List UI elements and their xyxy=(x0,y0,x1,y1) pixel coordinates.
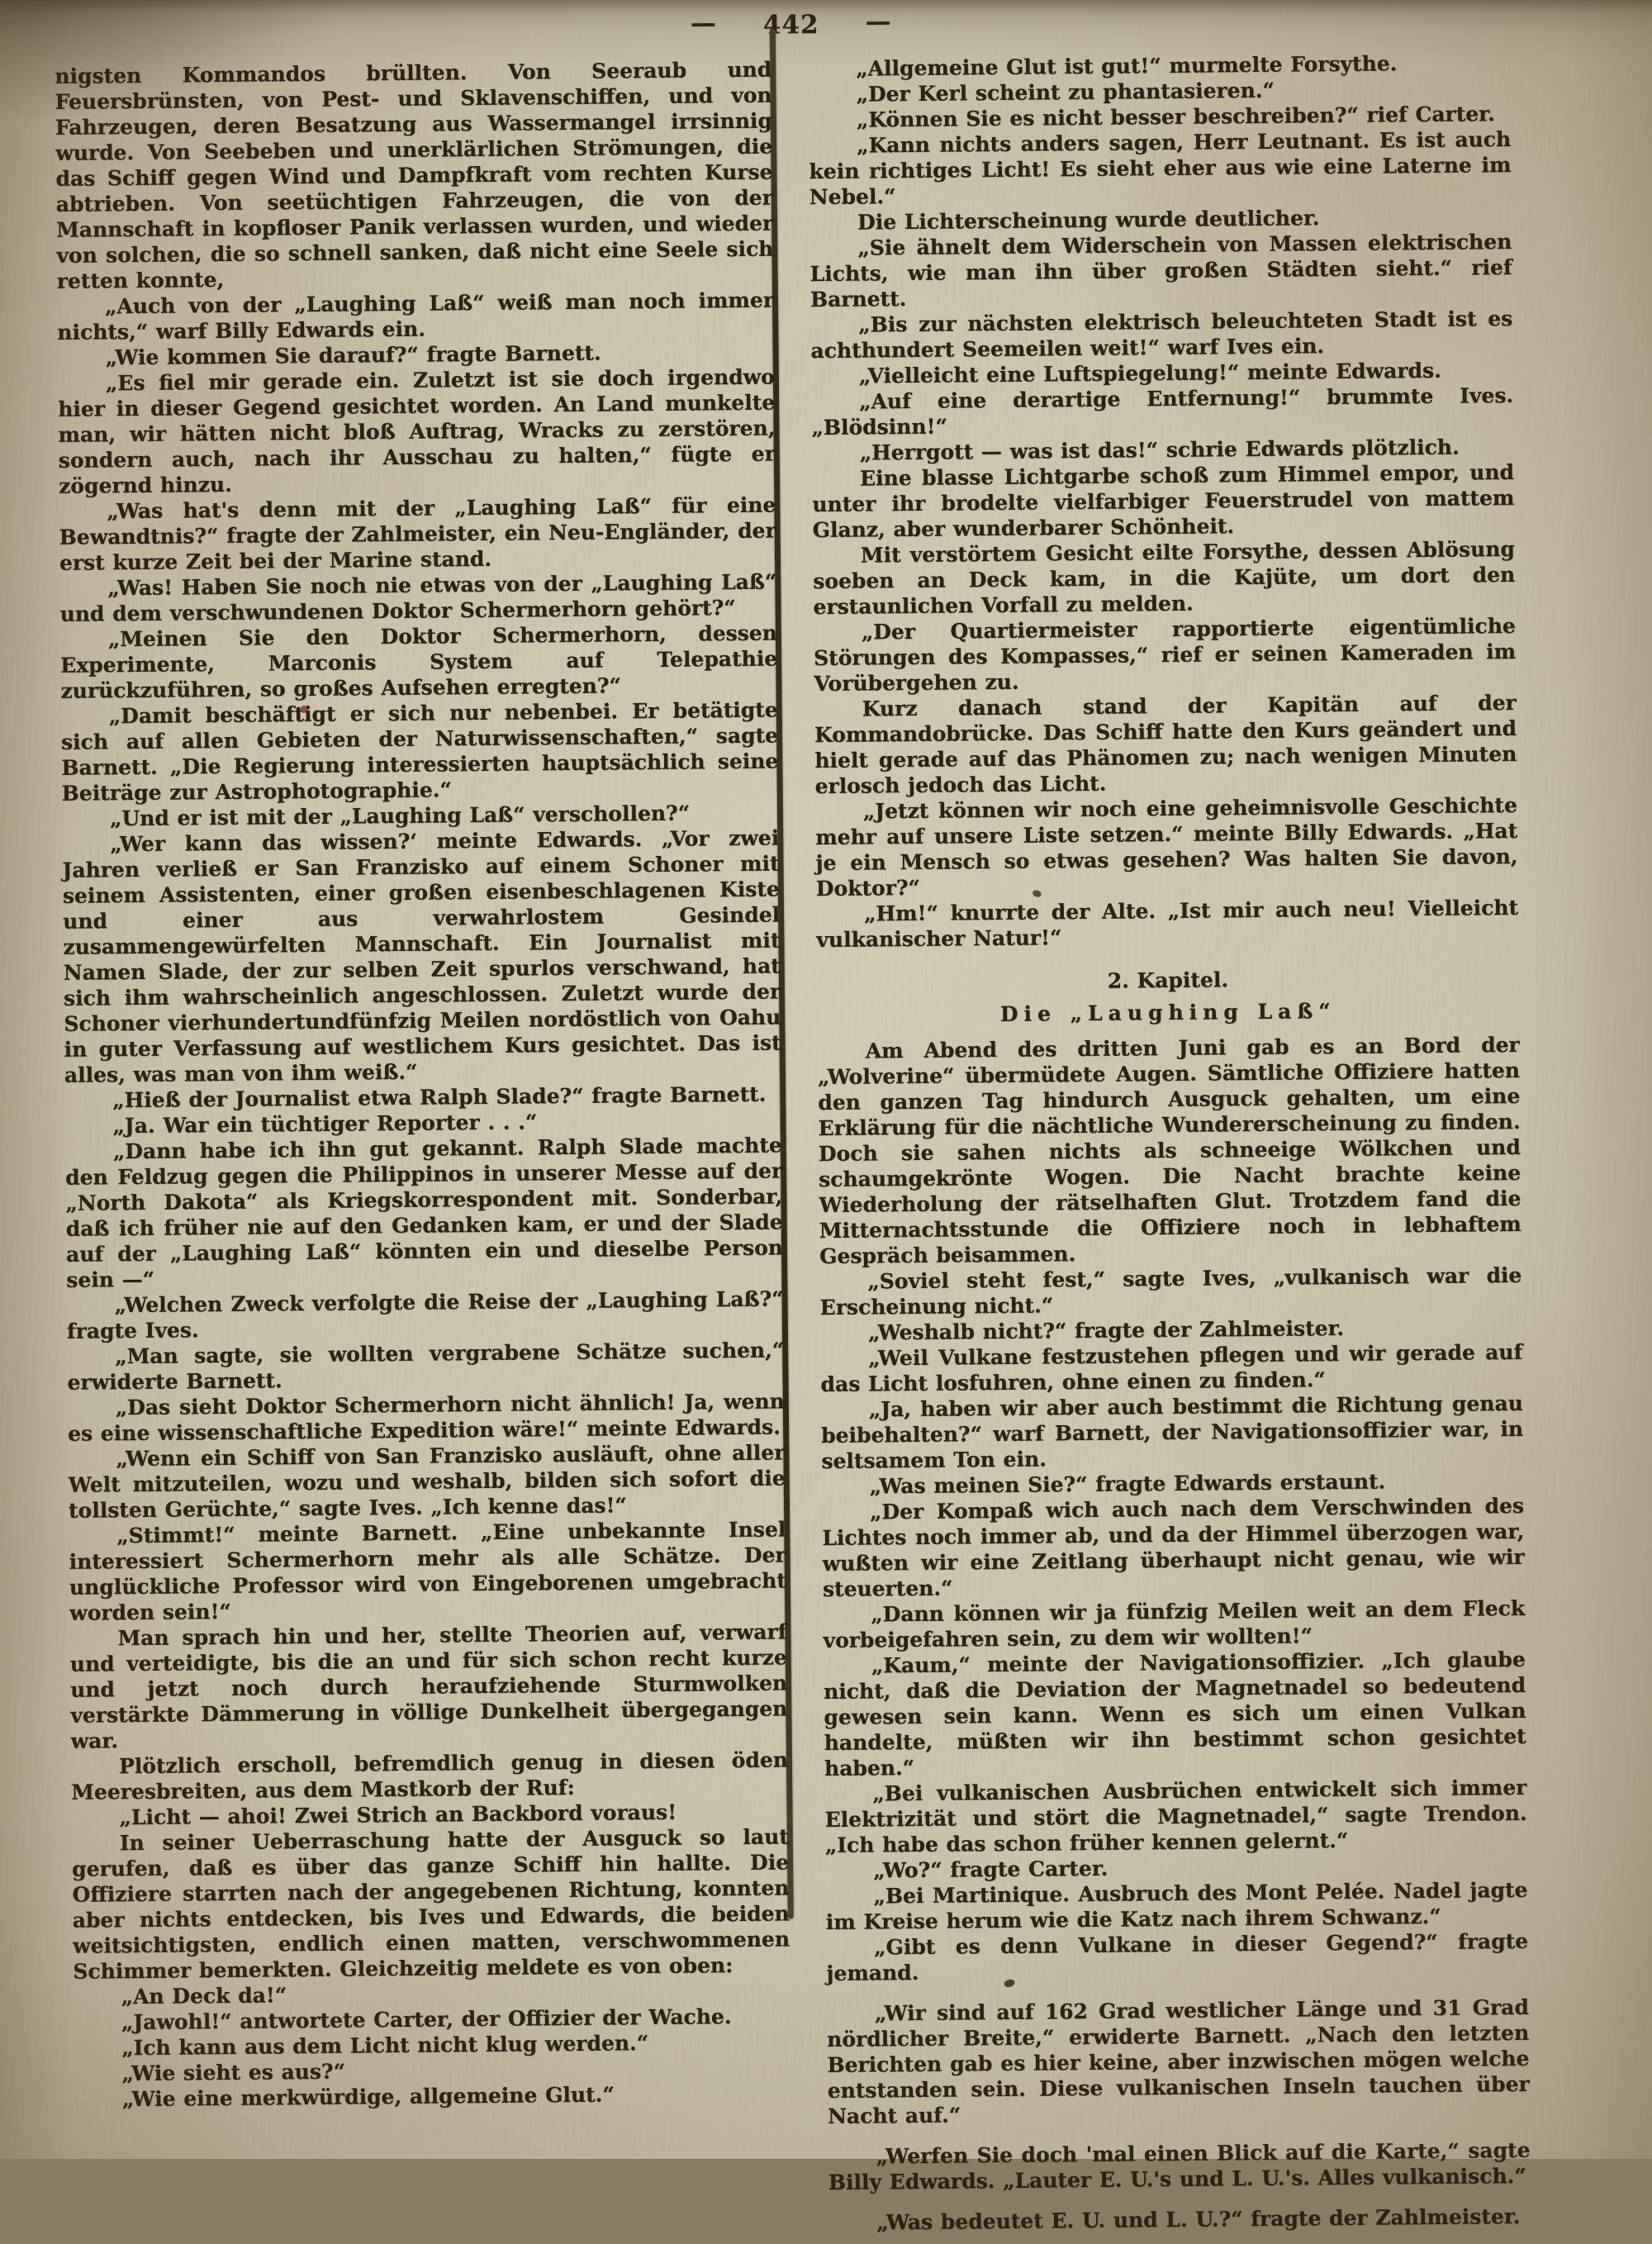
paragraph: „Weil Vulkane festzustehen pflegen und w… xyxy=(820,1339,1523,1397)
chapter-title: Die „Laughing Laß“ xyxy=(817,996,1519,1029)
paragraph: In seiner Ueberraschung hatte der Ausguc… xyxy=(72,1823,790,1984)
paragraph: nigsten Kommandos brüllten. Von Seeraub … xyxy=(55,57,774,294)
header-dash-left: — xyxy=(691,8,717,38)
paragraph: Mit verstörtem Gesicht eilte Forsythe, d… xyxy=(813,536,1516,620)
paragraph: „Meinen Sie den Doktor Schermerhorn, des… xyxy=(60,620,778,704)
paragraph: „Sie ähnelt dem Widerschein von Massen e… xyxy=(809,229,1512,312)
paragraph: „Der Quartiermeister rapportierte eigent… xyxy=(814,613,1517,696)
paragraph: „Damit beschäftigt er sich nur nebenbei.… xyxy=(61,697,779,806)
paragraph: „Gibt es denn Vulkane in dieser Gegend?“… xyxy=(826,1928,1529,1986)
paragraph: Man sprach hin und her, stellte Theorien… xyxy=(69,1619,787,1753)
paragraph: Kurz danach stand der Kapitän auf der Ko… xyxy=(814,690,1517,799)
paragraph: „Wenn ein Schiff von San Franzisko auslä… xyxy=(68,1439,786,1523)
paragraph: „Kann nichts anders sagen, Herr Leutnant… xyxy=(809,126,1512,210)
paragraph: Plötzlich erscholl, befremdlich genug in… xyxy=(71,1747,789,1804)
paragraph: „Stimmt!“ meinte Barnett. „Eine unbekann… xyxy=(69,1516,786,1625)
paragraph: „Welchen Zweck verfolgte die Reise der „… xyxy=(66,1286,784,1344)
paragraph: „Was hat's denn mit der „Laughing Laß“ f… xyxy=(59,492,776,576)
paragraph: „Wir sind auf 162 Grad westlicher Länge … xyxy=(827,1994,1530,2129)
column-left: nigsten Kommandos brüllten. Von Seeraub … xyxy=(55,57,791,2113)
paragraph: Eine blasse Lichtgarbe schoß zum Himmel … xyxy=(812,459,1515,543)
header-dash-right: — xyxy=(865,7,891,36)
paragraph: „Auch von der „Laughing Laß“ weiß man no… xyxy=(57,288,775,345)
paragraph: „Kaum,“ meinte der Navigationsoffizier. … xyxy=(824,1647,1526,1781)
paragraph: „Wer kann das wissen?‘ meinte Edwards. „… xyxy=(62,825,781,1088)
paragraph: „Das sieht Doktor Schermerhorn nicht ähn… xyxy=(68,1389,786,1447)
paragraph: „Dann können wir ja fünfzig Meilen weit … xyxy=(823,1595,1526,1653)
paragraph: „Bei vulkanischen Ausbrüchen entwickelt … xyxy=(824,1775,1527,1858)
paragraph: Am Abend des dritten Juni gab es an Bord… xyxy=(818,1032,1522,1269)
paragraph: „Ja, haben wir aber auch bestimmt die Ri… xyxy=(821,1391,1524,1474)
chapter-heading: 2. Kapitel. xyxy=(817,964,1519,996)
paragraph: „Es fiel mir gerade ein. Zuletzt ist sie… xyxy=(58,364,776,499)
paragraph: „Dann habe ich ihn gut gekannt. Ralph Sl… xyxy=(65,1133,784,1293)
paragraph: „Der Kompaß wich auch nach dem Verschwin… xyxy=(822,1493,1525,1602)
paragraph: „Jetzt können wir noch eine geheimnisvol… xyxy=(815,792,1518,901)
paragraph: „Man sagte, sie wollten vergrabene Schät… xyxy=(67,1338,785,1395)
paragraph: „Werfen Sie doch 'mal einen Blick auf di… xyxy=(828,2137,1531,2159)
paragraph: „Was! Haben Sie noch nie etwas von der „… xyxy=(59,569,777,627)
column-right: „Allgemeine Glut ist gut!“ murmelte Fors… xyxy=(808,50,1531,2159)
paragraph: „Bei Martinique. Ausbruch des Mont Pelée… xyxy=(825,1877,1528,1935)
paragraph: „Auf eine derartige Entfernung!“ brummte… xyxy=(811,383,1514,440)
paragraph: „Soviel steht fest,“ sagte Ives, „vulkan… xyxy=(819,1262,1522,1320)
page-header: —442— xyxy=(0,2,1593,48)
page-content: —442— nigsten Kommandos brüllten. Von Se… xyxy=(0,0,1652,2159)
book-page-scan: —442— nigsten Kommandos brüllten. Von Se… xyxy=(0,0,1652,2159)
paragraph: „Hm!“ knurrte der Alte. „Ist mir auch ne… xyxy=(816,895,1519,953)
paragraph: „Bis zur nächsten elektrisch beleuchtete… xyxy=(810,306,1513,364)
red-ink-speck xyxy=(301,706,308,713)
